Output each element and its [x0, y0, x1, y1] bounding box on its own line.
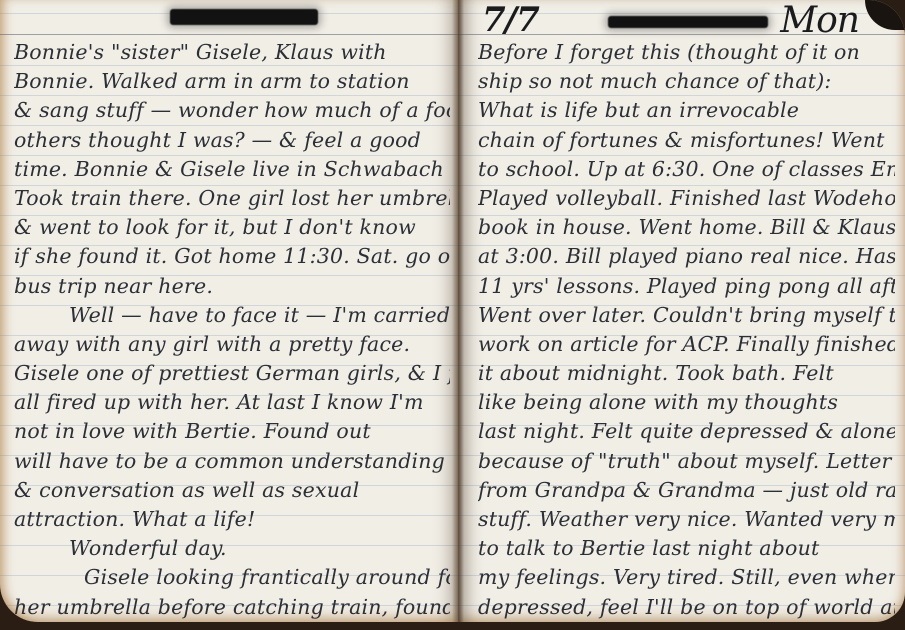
page-corner-shadow: [865, 0, 905, 30]
header-rule: [0, 34, 458, 35]
handwritten-line: stuff. Weather very nice. Wanted very mu…: [478, 505, 895, 534]
handwritten-line: What is life but an irrevocable: [478, 96, 895, 125]
handwritten-line: Bonnie. Walked arm in arm to station: [14, 67, 450, 96]
handwritten-line: others thought I was? — & feel a good: [14, 126, 450, 155]
handwritten-line: because of "truth" about myself. Letter: [478, 447, 895, 476]
diary-left-page: Bonnie's "sister" Gisele, Klaus with Bon…: [0, 0, 458, 622]
handwritten-line: Went over later. Couldn't bring myself t…: [478, 301, 895, 330]
handwritten-line: her umbrella before catching train, foun…: [14, 593, 450, 622]
handwritten-line: 11 yrs' lessons. Played ping pong all af…: [478, 272, 895, 301]
handwritten-line: & sang stuff — wonder how much of a fool: [14, 96, 450, 125]
handwritten-line: Bonnie's "sister" Gisele, Klaus with: [14, 38, 450, 67]
handwritten-line: Wonderful day.: [14, 534, 450, 563]
handwritten-line: Took train there. One girl lost her umbr…: [14, 184, 450, 213]
handwritten-line: it about midnight. Took bath. Felt: [478, 359, 895, 388]
handwritten-line: away with any girl with a pretty face.: [14, 330, 450, 359]
handwritten-line: time. Bonnie & Gisele live in Schwabach: [14, 155, 450, 184]
handwritten-line: at 3:00. Bill played piano real nice. Ha…: [478, 242, 895, 271]
handwritten-line: book in house. Went home. Bill & Klaus o…: [478, 213, 895, 242]
handwritten-line: last night. Felt quite depressed & alone: [478, 417, 895, 446]
handwritten-line: all fired up with her. At last I know I'…: [14, 388, 450, 417]
handwritten-line: Gisele one of prettiest German girls, & …: [14, 359, 450, 388]
handwritten-line: ship so not much chance of that):: [478, 67, 895, 96]
handwritten-line: my feelings. Very tired. Still, even whe…: [478, 563, 895, 592]
handwritten-line: from Grandpa & Grandma — just old rah-ra…: [478, 476, 895, 505]
redacted-header-mark: [170, 9, 318, 25]
handwritten-line: to school. Up at 6:30. One of classes En…: [478, 155, 895, 184]
redacted-header-mark: [608, 16, 768, 28]
handwritten-line: depressed, feel I'll be on top of world …: [478, 593, 895, 622]
header-rule: [458, 34, 905, 35]
diary-right-page: 7/7 Mon Before I forget this (thought of…: [458, 0, 905, 622]
handwritten-line: work on article for ACP. Finally finishe…: [478, 330, 895, 359]
handwritten-line: Before I forget this (thought of it on: [478, 38, 895, 67]
handwritten-line: like being alone with my thoughts: [478, 388, 895, 417]
handwritten-line: & went to look for it, but I don't know: [14, 213, 450, 242]
handwritten-line: if she found it. Got home 11:30. Sat. go…: [14, 242, 450, 271]
book-gutter: [452, 0, 464, 622]
diary-spread: Bonnie's "sister" Gisele, Klaus with Bon…: [0, 0, 905, 630]
handwritten-line: chain of fortunes & misfortunes! Went: [478, 126, 895, 155]
handwritten-line: will have to be a common understanding: [14, 447, 450, 476]
handwritten-line: not in love with Bertie. Found out: [14, 417, 450, 446]
handwritten-line: to talk to Bertie last night about: [478, 534, 895, 563]
handwritten-line: Gisele looking frantically around for: [14, 563, 450, 592]
handwritten-line: Well — have to face it — I'm carried: [14, 301, 450, 330]
handwritten-line: attraction. What a life!: [14, 505, 450, 534]
left-page-text: Bonnie's "sister" Gisele, Klaus with Bon…: [14, 38, 450, 622]
handwritten-line: & conversation as well as sexual: [14, 476, 450, 505]
handwritten-line: Played volleyball. Finished last Wodehou…: [478, 184, 895, 213]
right-page-text: Before I forget this (thought of it on s…: [478, 38, 895, 622]
handwritten-line: bus trip near here.: [14, 272, 450, 301]
